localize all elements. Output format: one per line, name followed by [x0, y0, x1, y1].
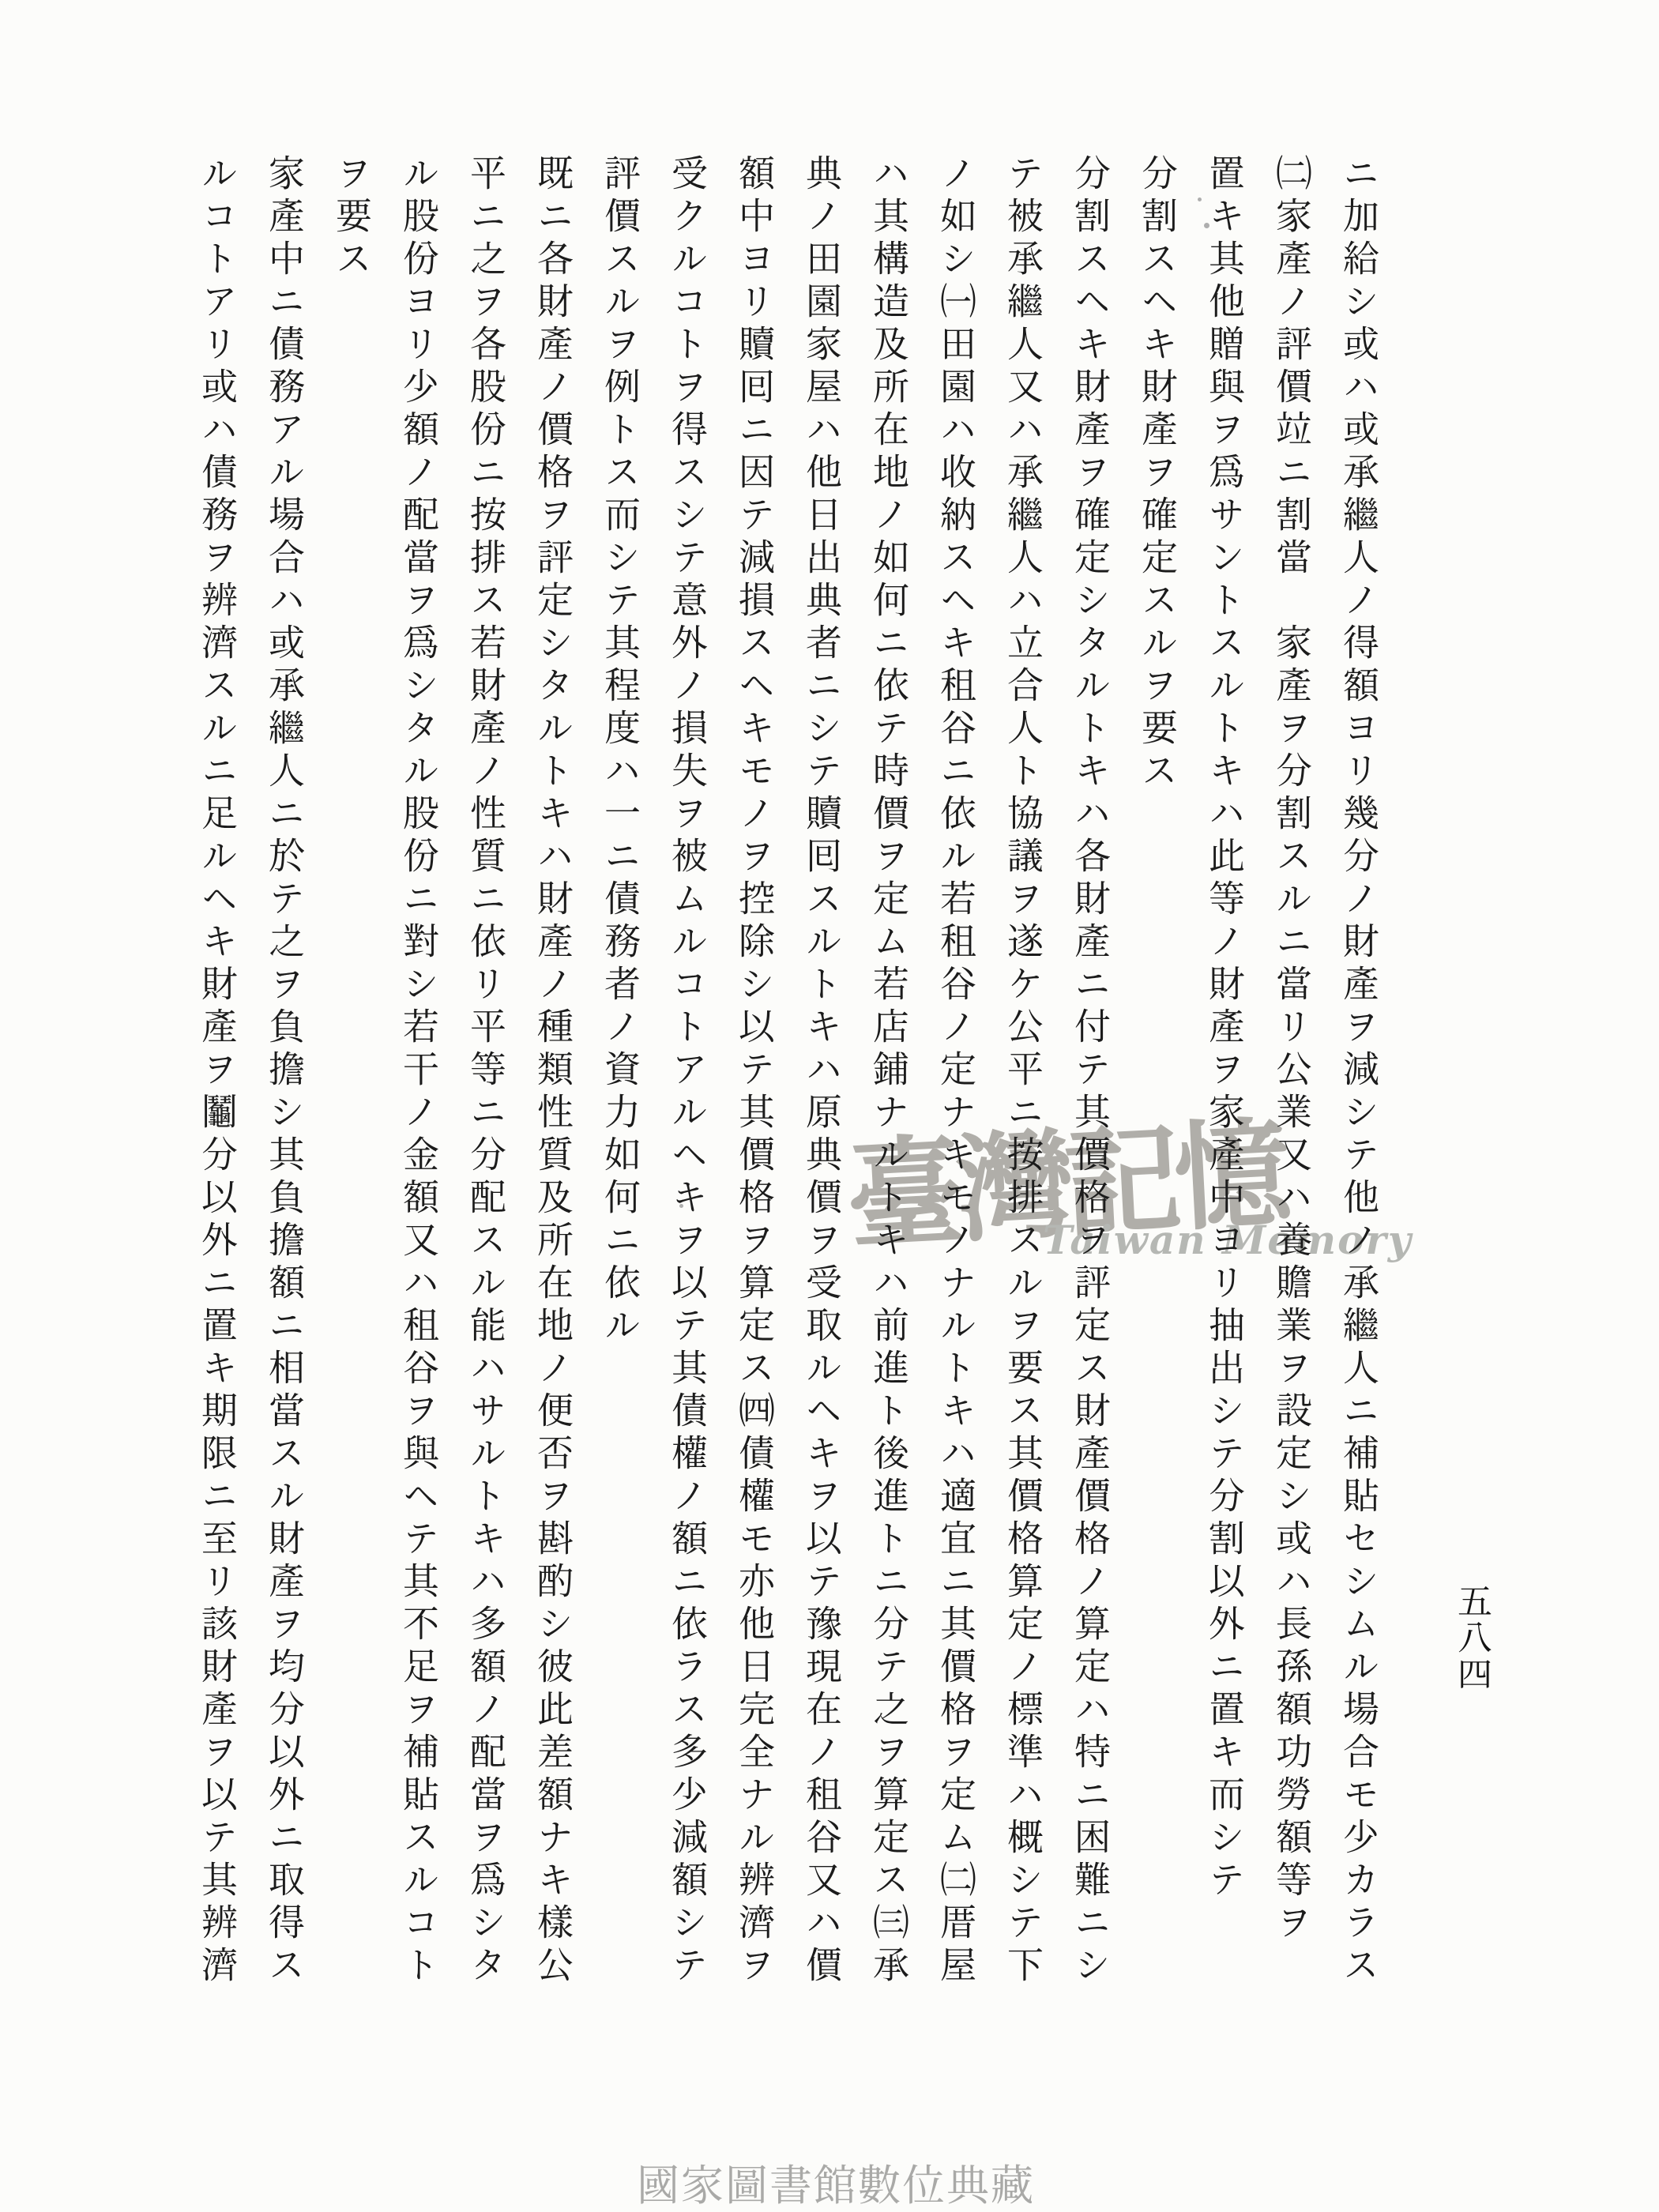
- text-column: ヲ要ス: [318, 154, 385, 2042]
- text-column: 分割スヘキ財產ヲ確定シタルトキハ各財產ニ付テ其價格ヲ評定ス財產價格ノ算定ハ特ニ困…: [1056, 154, 1123, 2042]
- text-column: 評價スルヲ例トス而シテ其程度ハ一ニ債務者ノ資力如何ニ依ル: [586, 154, 653, 2042]
- text-column: 平ニ之ヲ各股份ニ按排ス若財產ノ性質ニ依リ平等ニ分配スル能ハサルトキハ多額ノ配當ヲ…: [452, 154, 519, 2042]
- vertical-text-block: ニ加給シ或ハ或承繼人ノ得額ヨリ幾分ノ財產ヲ減シテ他ノ承繼人ニ補貼セシムル場合モ少…: [183, 154, 1392, 2042]
- print-speck: [1204, 223, 1209, 228]
- text-column: テ被承繼人又ハ承繼人ハ立合人ト協議ヲ遂ケ公平ニ按排スルヲ要ス其價格算定ノ標準ハ概…: [989, 154, 1056, 2042]
- text-column: 額中ヨリ贖囘ニ因テ減損スヘキモノヲ控除シ以テ其價格ヲ算定ス㈣債權モ亦他日完全ナル…: [720, 154, 788, 2042]
- text-column: ルコトアリ或ハ債務ヲ辨濟スルニ足ルヘキ財產ヲ鬮分以外ニ置キ期限ニ至リ該財產ヲ以テ…: [183, 154, 250, 2042]
- text-column: 置キ其他贈與ヲ爲サントスルトキハ此等ノ財產ヲ家產中ヨリ抽出シテ分割以外ニ置キ而シ…: [1191, 154, 1258, 2042]
- text-column: ノ如シ㈠田園ハ收納スヘキ租谷ニ依ル若租谷ノ定ナキモノナルトキハ適宜ニ其價格ヲ定ム…: [922, 154, 989, 2042]
- page-number: 五八四: [1446, 1583, 1496, 1692]
- print-speck: [679, 1204, 683, 1208]
- text-column: 家產中ニ債務アル場合ハ或承繼人ニ於テ之ヲ負擔シ其負擔額ニ相當スル財產ヲ均分以外ニ…: [250, 154, 318, 2042]
- footer-caption: 國家圖書館數位典藏: [637, 2152, 1035, 2212]
- text-column: ニ加給シ或ハ或承繼人ノ得額ヨリ幾分ノ財產ヲ減シテ他ノ承繼人ニ補貼セシムル場合モ少…: [1325, 154, 1392, 2042]
- text-column: 分割スヘキ財產ヲ確定スルヲ要ス: [1123, 154, 1191, 2042]
- text-column: 既ニ各財產ノ價格ヲ評定シタルトキハ財產ノ種類性質及所在地ノ便否ヲ斟酌シ彼此差額ナ…: [519, 154, 586, 2042]
- text-column: 受クルコトヲ得スシテ意外ノ損失ヲ被ムルコトアルヘキヲ以テ其債權ノ額ニ依ラス多少減…: [653, 154, 720, 2042]
- scanned-page: 臺灣記憶 Taiwan Memory ニ加給シ或ハ或承繼人ノ得額ヨリ幾分ノ財產ヲ…: [0, 0, 1659, 2212]
- text-column: 典ノ田園家屋ハ他日出典者ニシテ贖囘スルトキハ原典價ヲ受取ルヘキヲ以テ豫現在ノ租谷…: [788, 154, 855, 2042]
- text-column: ハ其構造及所在地ノ如何ニ依テ時價ヲ定ム若店鋪ナルトキハ前進ト後進トニ分テ之ヲ算定…: [855, 154, 922, 2042]
- text-column: ㈡家產ノ評價竝ニ割當 家產ヲ分割スルニ當リ公業又ハ養贍業ヲ設定シ或ハ長孫額功勞額…: [1258, 154, 1325, 2042]
- print-speck: [1198, 197, 1202, 201]
- text-column: ル股份ヨリ少額ノ配當ヲ爲シタル股份ニ對シ若干ノ金額又ハ租谷ヲ與ヘテ其不足ヲ補貼ス…: [385, 154, 452, 2042]
